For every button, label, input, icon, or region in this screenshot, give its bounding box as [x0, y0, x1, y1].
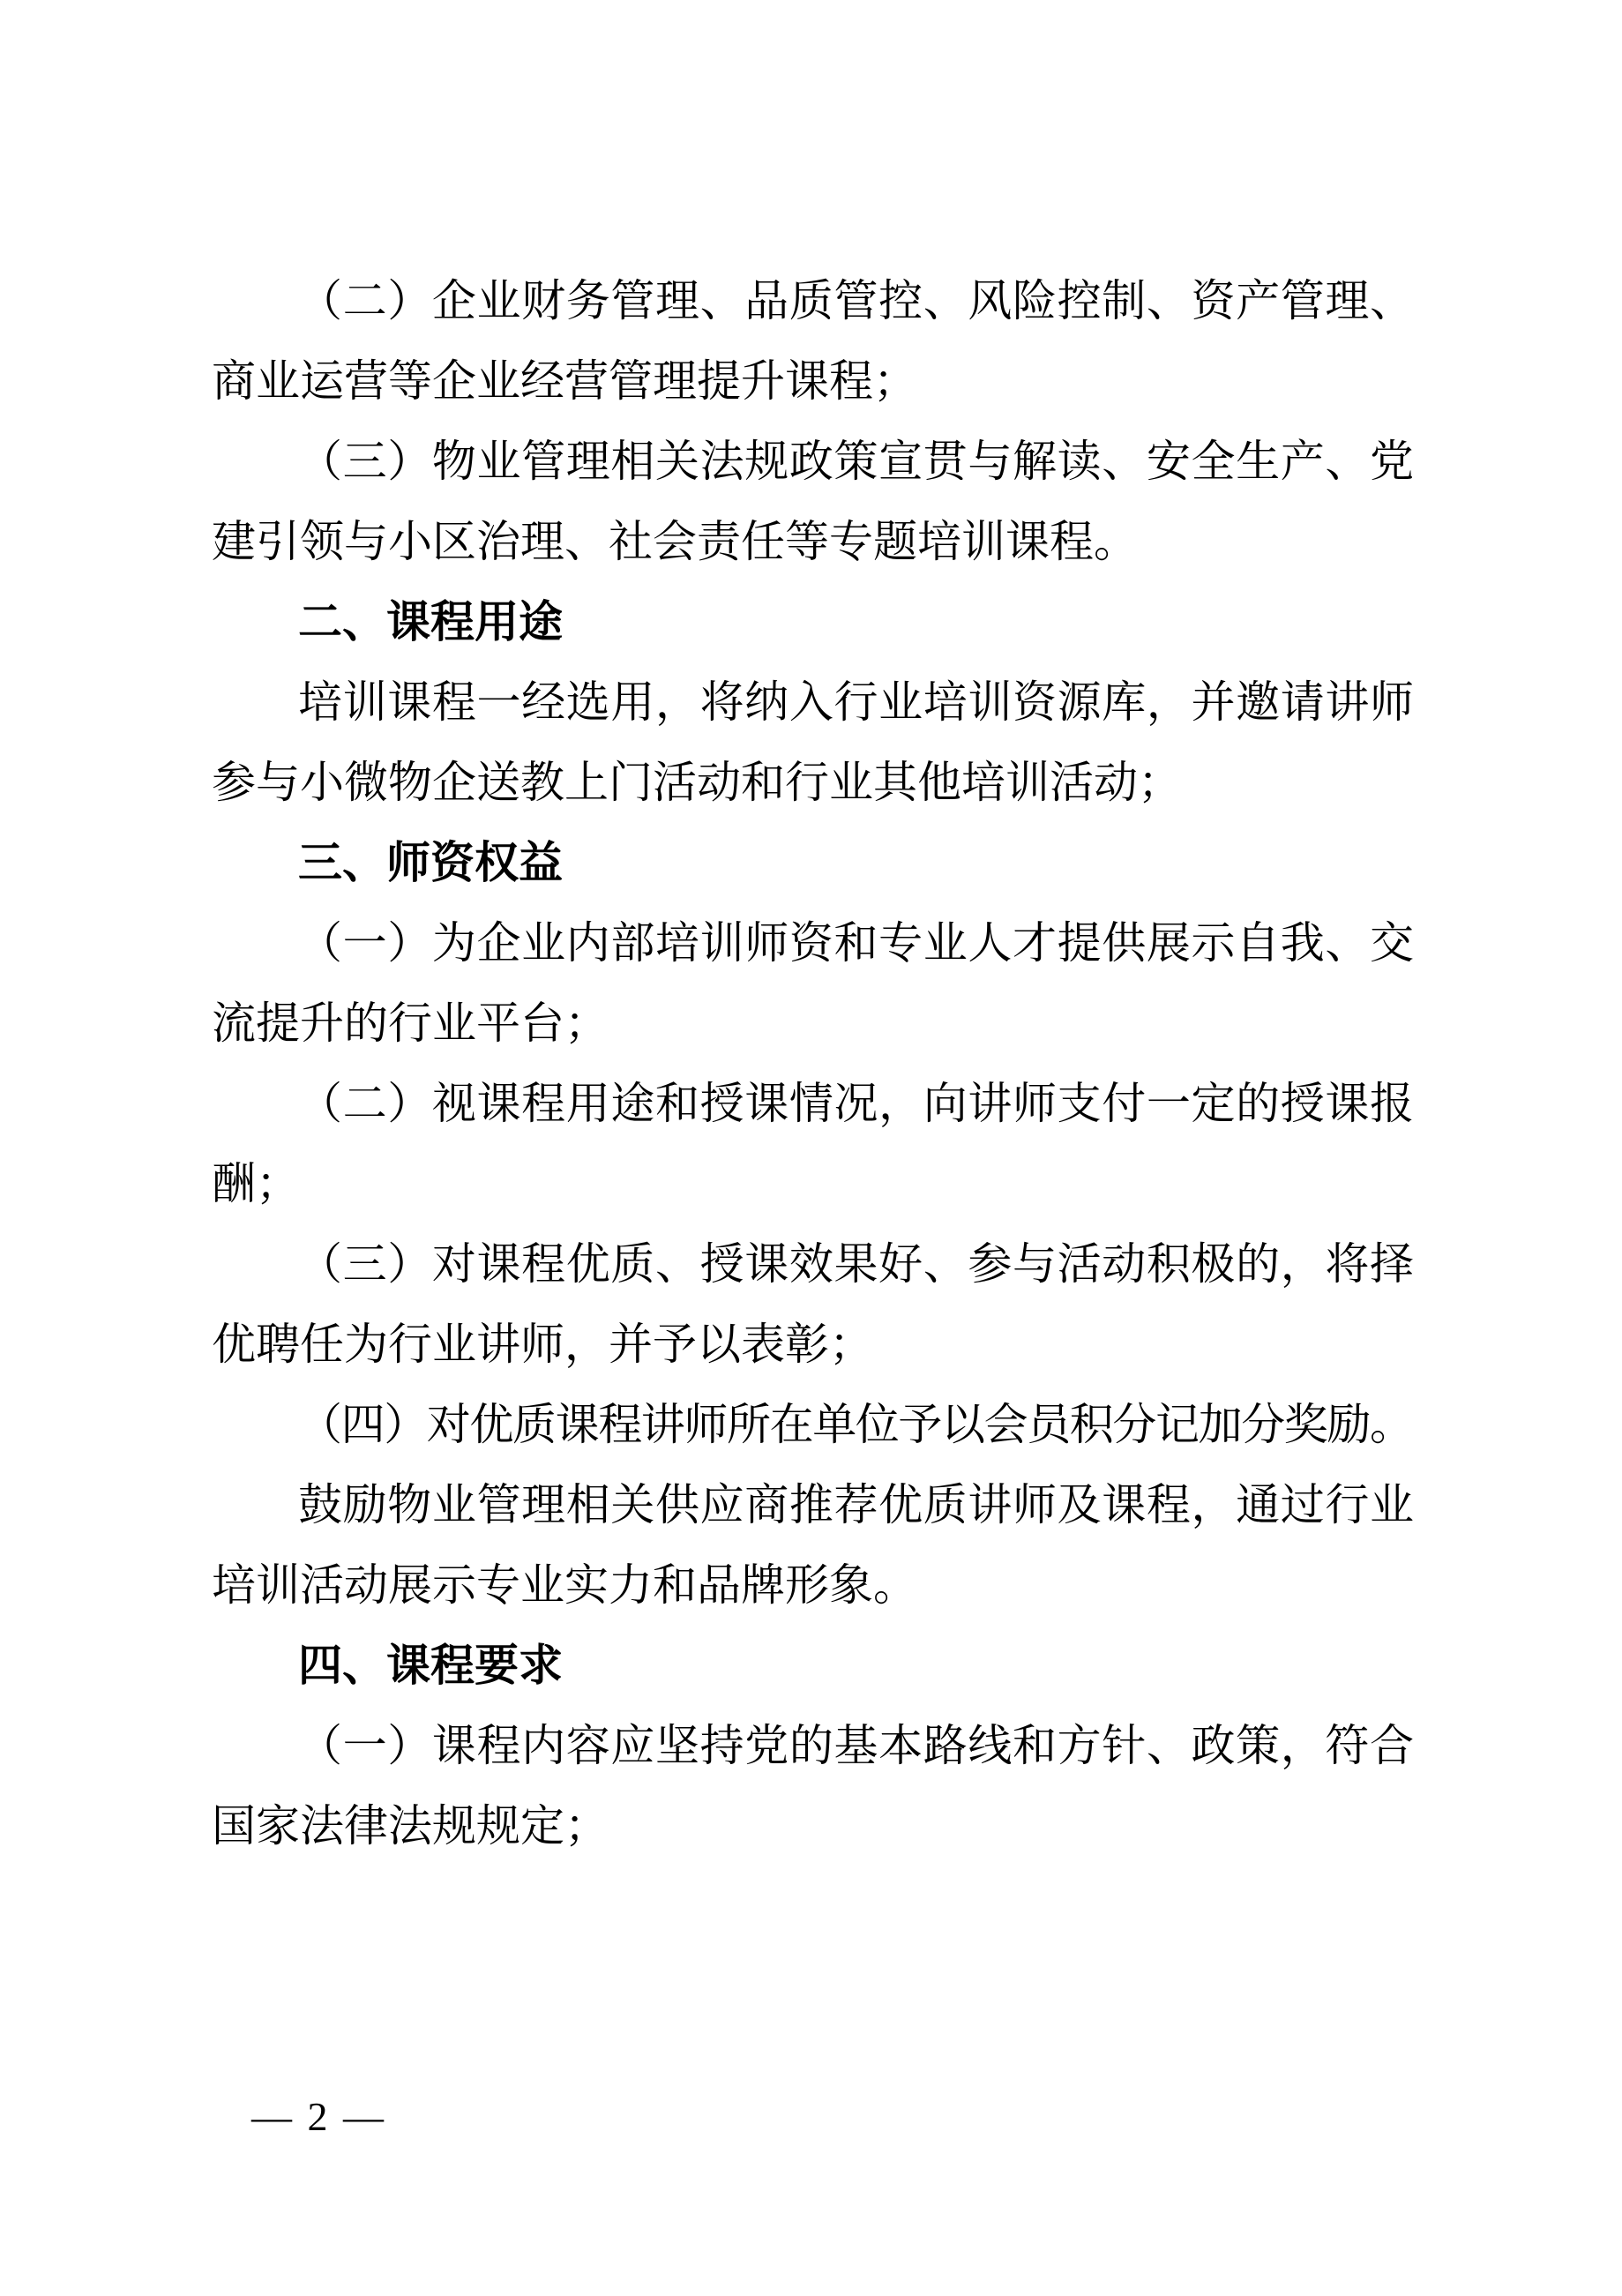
- document-page: （二）企业财务管理、品质管控、风险控制、资产管理、商业运营等企业经营管理提升课程…: [0, 0, 1622, 2296]
- document-line: 鼓励物业管理相关供应商推荐优质讲师及课程，通过行业: [212, 1465, 1411, 1545]
- document-body: （二）企业财务管理、品质管控、风险控制、资产管理、商业运营等企业经营管理提升课程…: [212, 261, 1411, 1866]
- document-line: 三、师资权益: [212, 823, 1411, 903]
- document-line: 培训活动展示专业实力和品牌形象。: [212, 1545, 1411, 1626]
- document-line: （二）视课程用途和授课情况，向讲师支付一定的授课报: [212, 1064, 1411, 1144]
- document-line: 商业运营等企业经营管理提升课程；: [212, 341, 1411, 422]
- document-line: （一）为企业内部培训师资和专业人才提供展示自我、交: [212, 903, 1411, 983]
- document-line: 四、课程要求: [212, 1626, 1411, 1706]
- document-line: 酬；: [212, 1144, 1411, 1224]
- document-line: （四）对优质课程讲师所在单位予以会员积分记加分奖励。: [212, 1385, 1411, 1465]
- document-line: 优聘任为行业讲师，并予以表彰；: [212, 1305, 1411, 1385]
- document-line: 二、课程用途: [212, 582, 1411, 662]
- document-line: （一）课程内容应坚持党的基本路线和方针、政策，符合: [212, 1706, 1411, 1786]
- document-line: 国家法律法规规定；: [212, 1786, 1411, 1866]
- document-line: （三）物业管理相关法规政策宣贯与解读、安全生产、党: [212, 422, 1411, 502]
- document-line: （三）对课程优质、授课效果好、参与活动积极的，将择: [212, 1224, 1411, 1305]
- document-line: 参与小微物企送教上门活动和行业其他培训活动；: [212, 743, 1411, 823]
- document-line: 流提升的行业平台；: [212, 983, 1411, 1064]
- document-line: 建引领与小区治理、社会责任等专题培训课程。: [212, 502, 1411, 582]
- document-line: 培训课程一经选用，将纳入行业培训资源库，并邀请讲师: [212, 662, 1411, 743]
- document-line: （二）企业财务管理、品质管控、风险控制、资产管理、: [212, 261, 1411, 341]
- page-number: — 2 —: [251, 2095, 386, 2139]
